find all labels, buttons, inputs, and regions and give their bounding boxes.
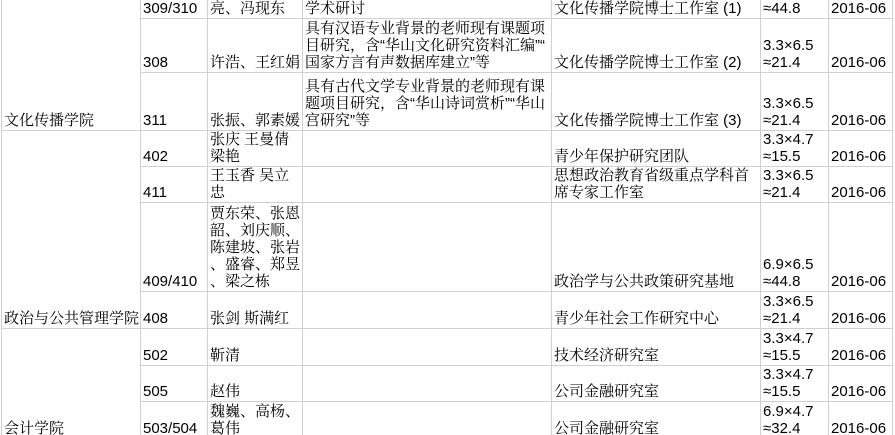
- names-cell: 王玉香 吴立忠: [208, 167, 303, 203]
- date-cell: 2016-06: [829, 167, 893, 203]
- size-cell: 3.3×6.5 ≈21.4: [761, 19, 829, 73]
- desc-cell: [303, 366, 552, 402]
- date-cell: 2016-06: [829, 203, 893, 292]
- desc-cell: [303, 292, 552, 329]
- college-cell: 政治与公共管理学院: [2, 131, 141, 329]
- date-cell: 2016-06: [829, 131, 893, 167]
- college-cell: 文化传播学院: [2, 0, 141, 131]
- date-cell: 2016-06: [829, 73, 893, 131]
- room-cell: 309/310: [141, 0, 208, 19]
- size-cell: 3.3×4.7 ≈15.5: [761, 366, 829, 402]
- research-rooms-table: 文化传播学院 309/310 亮、冯现东 学术研讨 文化传播学院博士工作室 (1…: [1, 0, 893, 435]
- desc-cell: [303, 167, 552, 203]
- date-cell: 2016-06: [829, 329, 893, 366]
- size-cell: 3.3×6.5 ≈21.4: [761, 167, 829, 203]
- date-cell: 2016-06: [829, 402, 893, 435]
- names-cell: 贾东荣、张恩韶、刘庆顺、陈建坡、张岩、盛睿、郑昱、梁之栋: [208, 203, 303, 292]
- table-viewport: 文化传播学院 309/310 亮、冯现东 学术研讨 文化传播学院博士工作室 (1…: [0, 0, 895, 435]
- size-cell: 3.3×4.7 ≈15.5: [761, 329, 829, 366]
- names-cell: 许浩、王红娟: [208, 19, 303, 73]
- desc-cell: [303, 329, 552, 366]
- names-cell: 靳清: [208, 329, 303, 366]
- names-cell: 魏巍、高杨、葛伟: [208, 402, 303, 435]
- size-cell: 3.3×6.5 ≈21.4: [761, 292, 829, 329]
- room-cell: 308: [141, 19, 208, 73]
- room-cell: 411: [141, 167, 208, 203]
- desc-cell: 学术研讨: [303, 0, 552, 19]
- desc-cell: [303, 203, 552, 292]
- lab-cell: 思想政治教育省级重点学科首席专家工作室: [552, 167, 761, 203]
- lab-cell: 文化传播学院博士工作室 (3): [552, 73, 761, 131]
- room-cell: 503/504: [141, 402, 208, 435]
- size-cell: 3.3×6.5 ≈21.4: [761, 73, 829, 131]
- size-cell: ≈44.8: [761, 0, 829, 19]
- room-cell: 311: [141, 73, 208, 131]
- desc-cell: [303, 402, 552, 435]
- date-cell: 2016-06: [829, 292, 893, 329]
- size-cell: 6.9×4.7 ≈32.4: [761, 402, 829, 435]
- lab-cell: 政治学与公共政策研究基地: [552, 203, 761, 292]
- desc-cell: 具有汉语专业背景的老师现有课题项目研究，含“华山文化研究资料汇编”“国家方言有声…: [303, 19, 552, 73]
- names-cell: 张庆 王曼倩 梁艳: [208, 131, 303, 167]
- date-cell: 2016-06: [829, 19, 893, 73]
- lab-cell: 文化传播学院博士工作室 (1): [552, 0, 761, 19]
- room-cell: 502: [141, 329, 208, 366]
- date-cell: 2016-06: [829, 0, 893, 19]
- room-cell: 409/410: [141, 203, 208, 292]
- names-cell: 赵伟: [208, 366, 303, 402]
- desc-cell: [303, 131, 552, 167]
- lab-cell: 青少年保护研究团队: [552, 131, 761, 167]
- size-cell: 6.9×6.5 ≈44.8: [761, 203, 829, 292]
- lab-cell: 技术经济研究室: [552, 329, 761, 366]
- college-cell: 会计学院: [2, 329, 141, 435]
- names-cell: 张振、郭素媛: [208, 73, 303, 131]
- lab-cell: 青少年社会工作研究中心: [552, 292, 761, 329]
- room-cell: 505: [141, 366, 208, 402]
- room-cell: 402: [141, 131, 208, 167]
- names-cell: 亮、冯现东: [208, 0, 303, 19]
- names-cell: 张剑 斯满红: [208, 292, 303, 329]
- lab-cell: 公司金融研究室: [552, 366, 761, 402]
- room-cell: 408: [141, 292, 208, 329]
- date-cell: 2016-06: [829, 366, 893, 402]
- size-cell: 3.3×4.7 ≈15.5: [761, 131, 829, 167]
- lab-cell: 文化传播学院博士工作室 (2): [552, 19, 761, 73]
- desc-cell: 具有古代文学专业背景的老师现有课题项目研究，含“华山诗词赏析”“华山宫研究”等: [303, 73, 552, 131]
- lab-cell: 公司金融研究室: [552, 402, 761, 435]
